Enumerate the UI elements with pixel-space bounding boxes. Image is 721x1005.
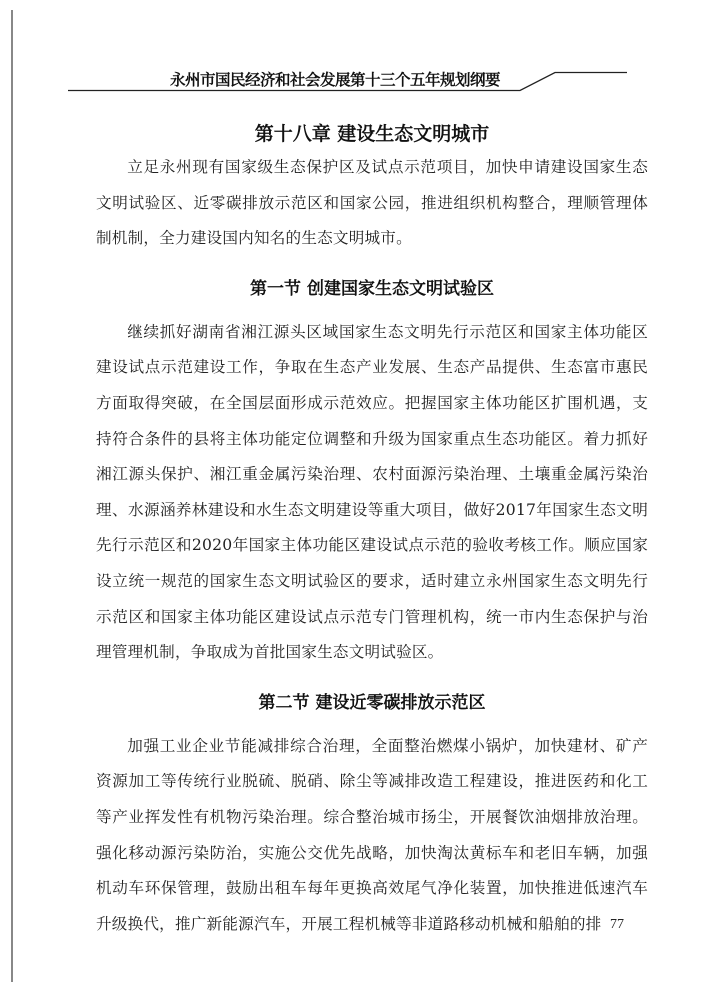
chapter-intro: 立足永州现有国家级生态保护区及试点示范项目，加快申请建设国家生态文明试验区、近零… [96,150,648,257]
section-body-1: 继续抓好湖南省湘江源头区域国家生态文明先行示范区和国家主体功能区建设试点示范建设… [96,315,648,671]
section-title-2: 第二节 建设近零碳排放示范区 [96,685,648,721]
page-edge-rule [11,10,13,982]
page-number: 77 [610,917,624,933]
section-body-2: 加强工业企业节能减排综合治理，全面整治燃煤小锅炉，加快建材、矿产资源加工等传统行… [96,729,648,943]
running-header: 永州市国民经济和社会发展第十三个五年规划纲要 [0,0,721,100]
section-title-1: 第一节 创建国家生态文明试验区 [96,271,648,307]
running-head-title: 永州市国民经济和社会发展第十三个五年规划纲要 [150,68,520,90]
page-body: 第十八章 建设生态文明城市 立足永州现有国家级生态保护区及试点示范项目，加快申请… [96,118,648,942]
chapter-title: 第十八章 建设生态文明城市 [96,118,648,150]
